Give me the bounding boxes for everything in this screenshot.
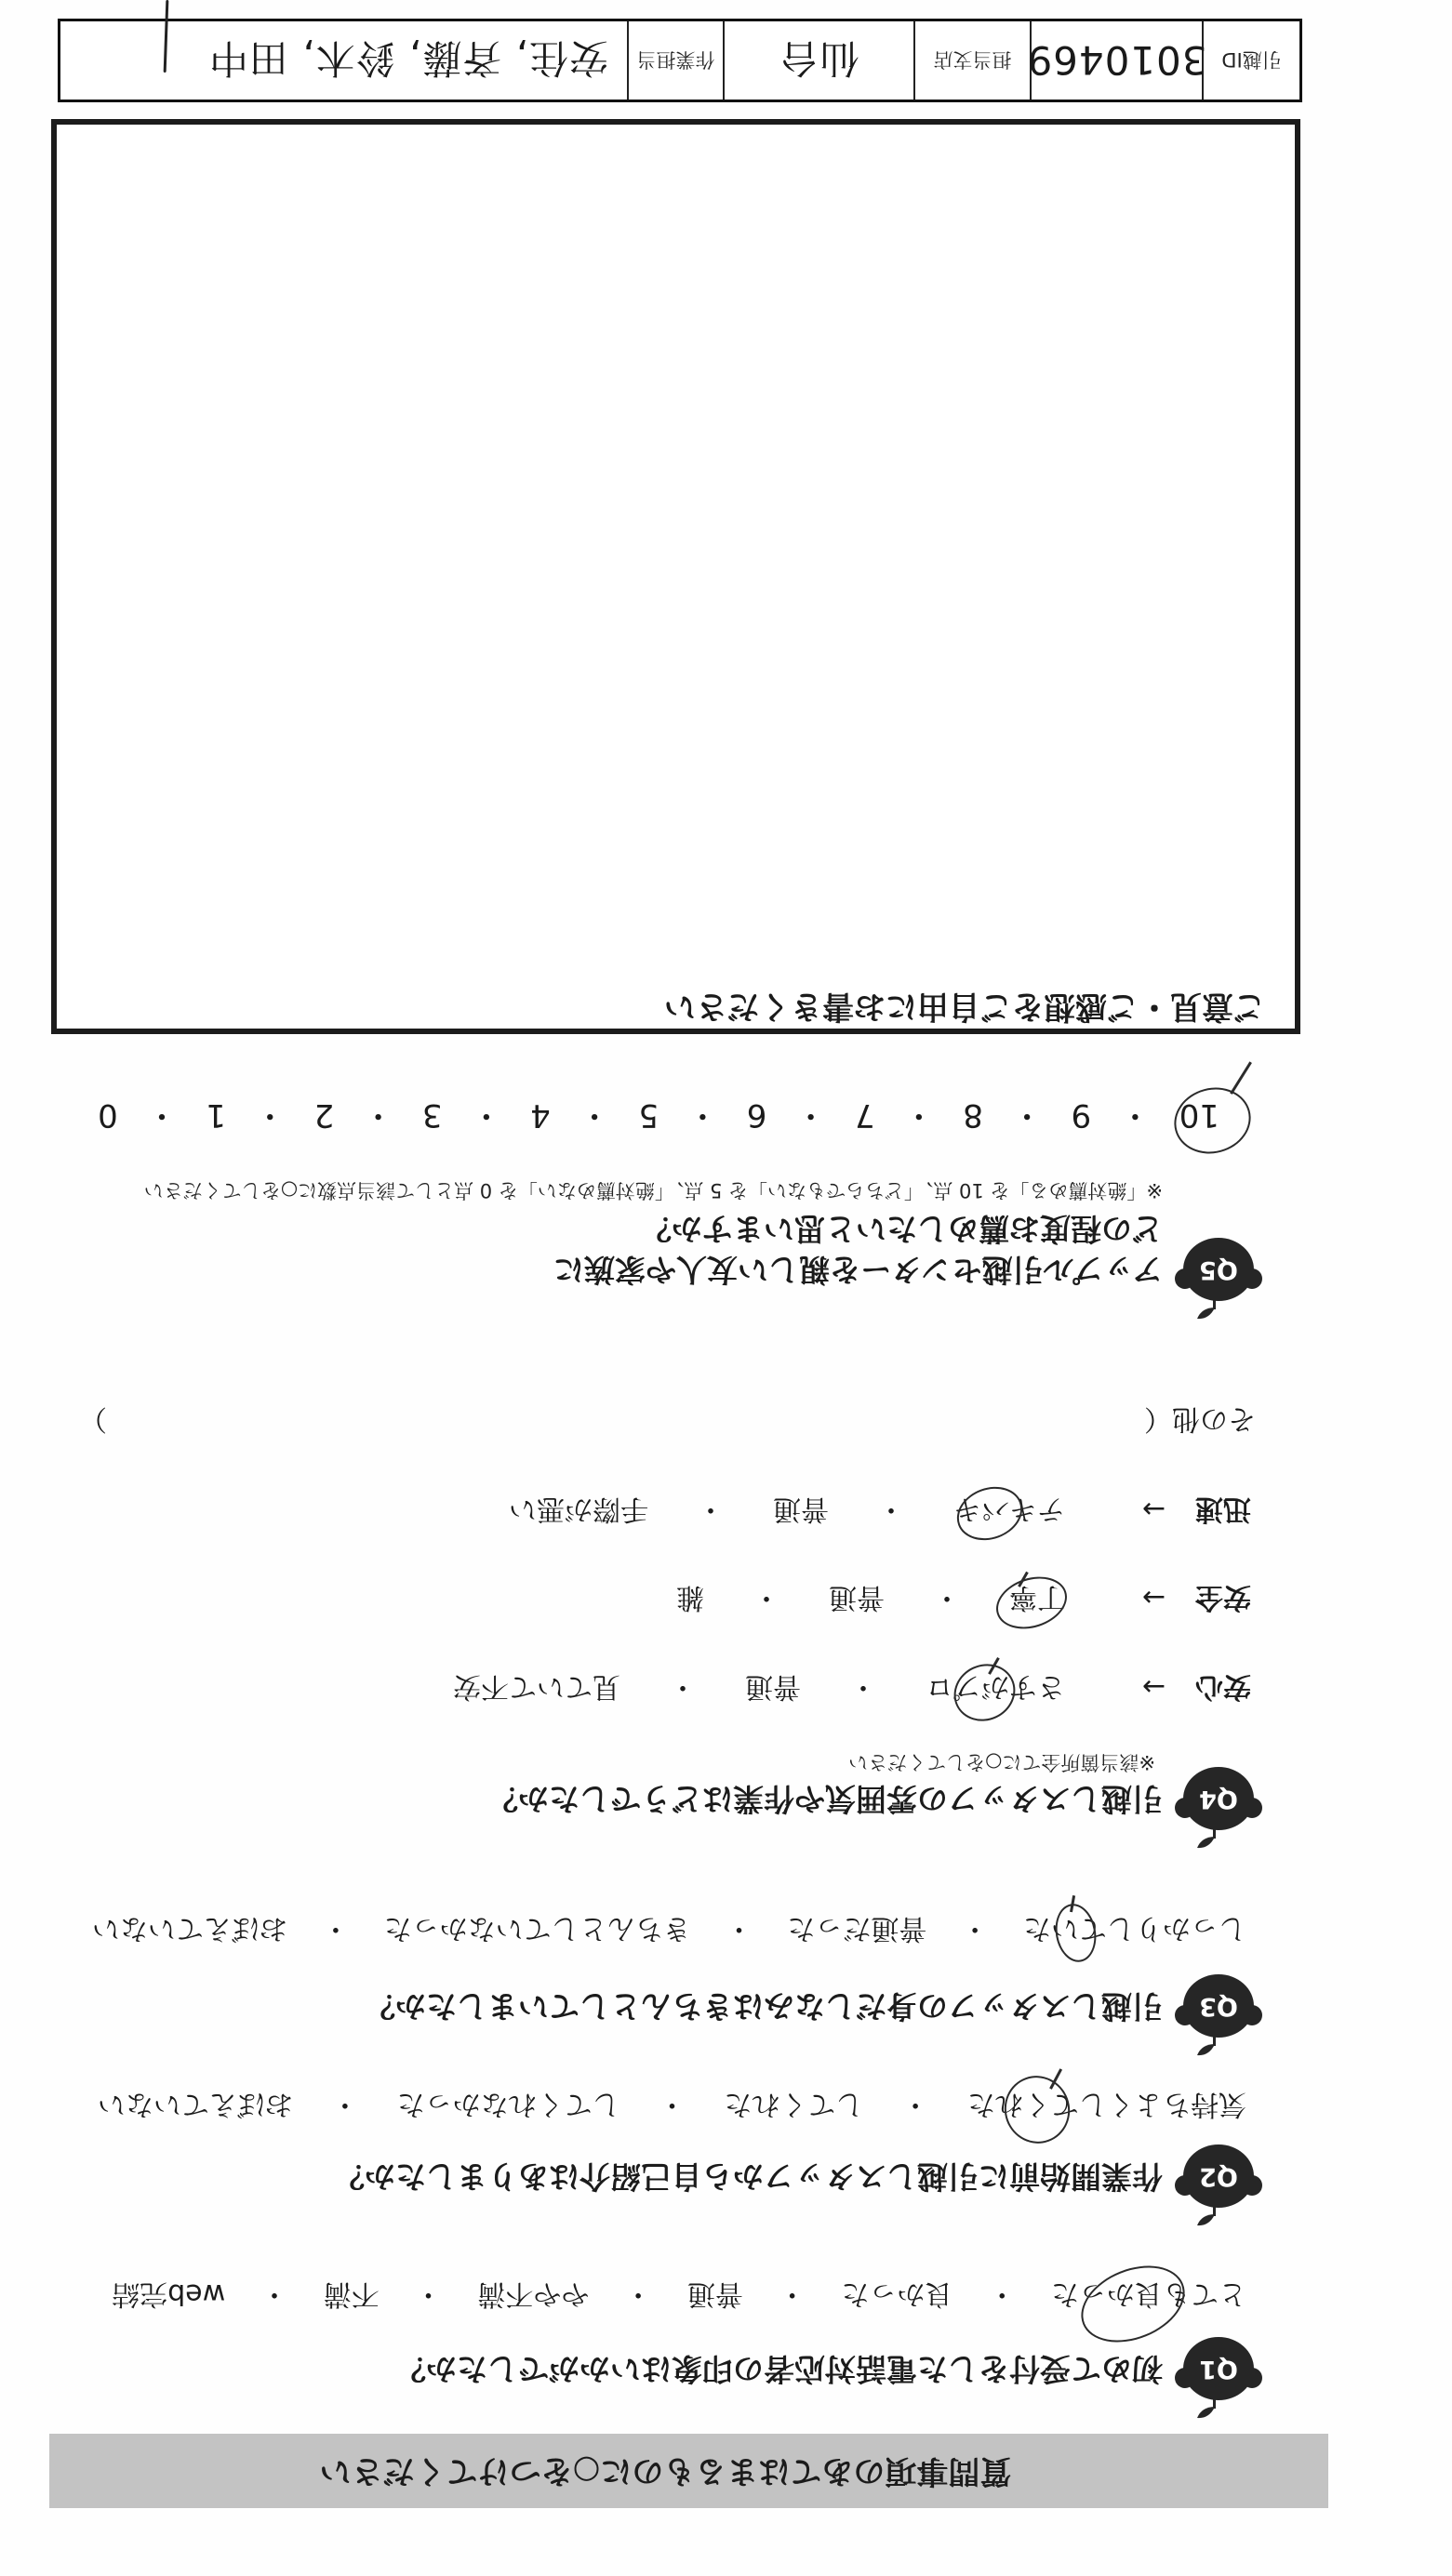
option-separator: ・: [726, 1909, 753, 1946]
score-0: 0: [98, 1093, 118, 1137]
q3-badge-label: Q3: [1172, 1991, 1265, 2021]
selection-circle-q4-speed: [950, 1478, 1030, 1548]
option-separator: ・: [753, 1578, 780, 1615]
staff-value-cell: 安住, 斉藤, 鈴木, 田中: [60, 21, 627, 100]
q2-options: 気持ちよくしてくれた ・ してくれた ・ してくれなかった ・ おぼえていない: [98, 2085, 1246, 2122]
option-separator: ・: [933, 1578, 961, 1615]
scale-separator: ・: [146, 1093, 178, 1137]
option: やや不満: [477, 2275, 589, 2312]
q1-options: とても良かった ・ 良かった ・ 普通 ・ やや不満 ・ 不満 ・ web完結: [112, 2275, 1246, 2312]
scale-separator: ・: [686, 1093, 718, 1137]
scale-separator: ・: [579, 1093, 610, 1137]
option-separator: ・: [415, 2275, 443, 2312]
q4-note: ※該当箇所全てに○をしてください: [848, 1750, 1155, 1774]
q1-badge-label: Q1: [1172, 2354, 1265, 2383]
arrow-right-icon: →: [1142, 1667, 1166, 1705]
option: 普通: [773, 1490, 829, 1527]
option: おぼえていない: [92, 1909, 287, 1946]
score-1: 1: [206, 1093, 226, 1137]
option: 手際が悪い: [509, 1490, 648, 1527]
q5-badge: Q5: [1172, 1228, 1265, 1321]
option: 見ていて不安: [453, 1667, 620, 1705]
option-separator: ・: [260, 2275, 288, 2312]
move-id-label-cell: 引越ID: [1202, 21, 1299, 100]
option: おぼえていない: [98, 2085, 293, 2122]
q5-note: ※「絶対薦める」を 10 点、「どちらでもない」を 5 点、「絶対薦めない」を …: [144, 1178, 1163, 1202]
q2-badge-label: Q2: [1172, 2161, 1265, 2191]
score-7: 7: [855, 1093, 875, 1137]
option: 普通: [745, 1667, 801, 1705]
move-id-value: 3010469: [1026, 38, 1206, 84]
q5-text-line2: どの程度お薦めしたいと思いますか？: [641, 1210, 1163, 1247]
scale-separator: ・: [363, 1093, 394, 1137]
scale-separator: ・: [254, 1093, 286, 1137]
scale-separator: ・: [903, 1093, 935, 1137]
q4-row-label: 安全: [1195, 1578, 1251, 1615]
score-8: 8: [963, 1093, 983, 1137]
selection-circle-q4-reassurance: [944, 1654, 1024, 1732]
option: web完結: [112, 2275, 225, 2312]
q3-badge: Q3: [1172, 1965, 1265, 2058]
option: 普通: [687, 2275, 743, 2312]
instruction-bar: 質問事項のあてはまるものに○をつけてください: [49, 2434, 1328, 2508]
staff-value: 安住, 斉藤, 鈴木, 田中: [208, 33, 608, 88]
arrow-right-icon: →: [1142, 1578, 1166, 1615]
option-separator: ・: [961, 1909, 989, 1946]
staff-label-cell: 作業担当: [627, 21, 723, 100]
q3-text: 引越しスタッフの身だしなみはきちんとしていましたか？: [365, 1987, 1163, 2025]
question-q5: Q5 アップル引越センターを親しい友人や家族に どの程度お薦めしたいと思いますか…: [65, 1163, 1265, 1321]
scale-separator: ・: [1011, 1093, 1043, 1137]
selection-circle-q5: [1166, 1079, 1258, 1162]
branch-label: 担当支店: [934, 46, 1012, 74]
q4-other-label: その他（: [1144, 1400, 1256, 1437]
scanned-survey-page: 引越ID 3010469 担当支店 仙台 作業担当 安住, 斉藤, 鈴木, 田中…: [0, 0, 1452, 2576]
branch-label-cell: 担当支店: [913, 21, 1030, 100]
option-separator: ・: [322, 1909, 350, 1946]
header-table: 引越ID 3010469 担当支店 仙台 作業担当 安住, 斉藤, 鈴木, 田中: [58, 19, 1302, 102]
option: きちんとしていなかった: [384, 1909, 691, 1946]
branch-value-cell: 仙台: [723, 21, 913, 100]
option: 良かった: [841, 2275, 952, 2312]
scale-separator: ・: [1119, 1093, 1151, 1137]
branch-value: 仙台: [779, 33, 859, 88]
option-separator: ・: [849, 1667, 877, 1705]
scale-separator: ・: [471, 1093, 502, 1137]
q4-row-label: 迅速: [1195, 1490, 1251, 1527]
q1-text: 初めて受付をした電話対応者の印象はいかがでしたか？: [395, 2350, 1163, 2387]
score-9: 9: [1071, 1093, 1091, 1137]
q4-row-reassurance: 安心 → さすがプロ ・ 普通 ・ 見ていて不安: [414, 1667, 1251, 1705]
option: してくれた: [724, 2085, 863, 2122]
arrow-right-icon: →: [1142, 1490, 1166, 1527]
q4-badge-label: Q4: [1172, 1784, 1265, 1813]
q1-badge: Q1: [1172, 2328, 1265, 2421]
q4-row-speed: 迅速 → テキパキ ・ 普通 ・ 手際が悪い: [414, 1490, 1251, 1527]
q2-badge: Q2: [1172, 2135, 1265, 2228]
question-q4: Q4 引越しスタッフの雰囲気や作業はどうでしたか？ ※該当箇所全てに○をしてくだ…: [437, 1739, 1265, 1851]
instruction-text: 質問事項のあてはまるものに○をつけてください: [49, 2434, 1328, 2508]
option: 普通だった: [787, 1909, 926, 1946]
option-separator: ・: [877, 1490, 905, 1527]
option: してくれなかった: [397, 2085, 620, 2122]
q4-row-safety: 安全 → 丁寧 ・ 普通 ・ 雑: [414, 1578, 1251, 1615]
score-5: 5: [638, 1093, 659, 1137]
comment-box-title: ご意見・ご感想をご自由にお書きください: [664, 986, 1265, 1027]
staff-label: 作業担当: [637, 46, 715, 74]
question-q3: Q3 引越しスタッフの身だしなみはきちんとしていましたか？: [363, 1965, 1265, 2058]
q4-other-row: その他（ ）: [79, 1400, 1256, 1437]
option-separator: ・: [669, 1667, 697, 1705]
score-2: 2: [314, 1093, 335, 1137]
comment-box: ご意見・ご感想をご自由にお書きください: [51, 119, 1300, 1034]
option-separator: ・: [901, 2085, 929, 2122]
option-separator: ・: [697, 1490, 725, 1527]
option-separator: ・: [624, 2275, 652, 2312]
option-separator: ・: [331, 2085, 359, 2122]
q4-badge: Q4: [1172, 1758, 1265, 1851]
q4-text: 引越しスタッフの雰囲気や作業はどうでしたか？: [487, 1780, 1163, 1817]
question-q2: Q2 作業開始前に引越しスタッフから自己紹介はありましたか？: [335, 2135, 1265, 2228]
score-4: 4: [530, 1093, 551, 1137]
q2-text: 作業開始前に引越しスタッフから自己紹介はありましたか？: [334, 2158, 1163, 2195]
option-separator: ・: [659, 2085, 686, 2122]
move-id-label: 引越ID: [1221, 46, 1281, 74]
q5-badge-label: Q5: [1172, 1255, 1265, 1284]
q5-score-scale: 10 ・ 9 ・ 8 ・ 7 ・ 6 ・ 5 ・ 4 ・ 3 ・ 2 ・ 1 ・…: [98, 1093, 1219, 1137]
option: 不満: [324, 2275, 380, 2312]
q4-row-label: 安心: [1195, 1667, 1251, 1705]
move-id-value-cell: 3010469: [1030, 21, 1202, 100]
option: 雑: [676, 1578, 704, 1615]
option-separator: ・: [779, 2275, 806, 2312]
option-separator: ・: [988, 2275, 1016, 2312]
score-3: 3: [422, 1093, 443, 1137]
scale-separator: ・: [795, 1093, 827, 1137]
selection-circle-tail: [1230, 1061, 1251, 1094]
q5-text-line1: アップル引越センターを親しい友人や家族に: [553, 1251, 1163, 1288]
score-6: 6: [747, 1093, 767, 1137]
option: 普通: [829, 1578, 885, 1615]
q4-other-close: ）: [79, 1400, 107, 1437]
